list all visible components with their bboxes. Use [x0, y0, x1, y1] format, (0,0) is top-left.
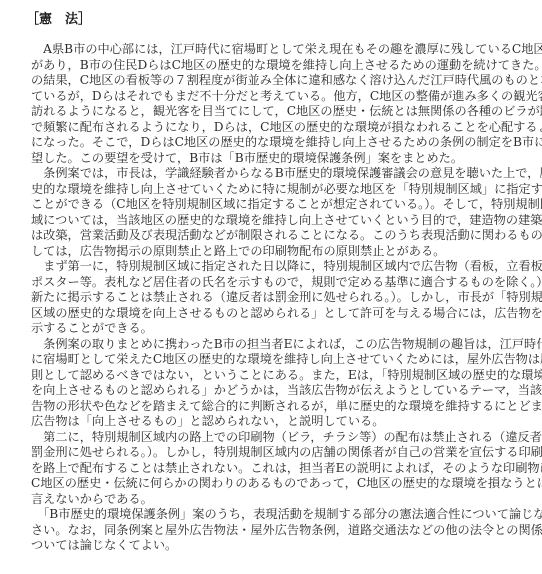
text-line: になった。そこで，DらはC地区の歴史的な環境を維持し向上させるための条例の制定を… — [31, 135, 476, 151]
text-line: しては，広告物掲示の原則禁止と路上での印刷物配布の原則禁止とがある。 — [31, 244, 476, 260]
text-line: 広告物は「向上させるもの」と認められない，と説明している。 — [31, 414, 476, 430]
text-line: C地区の歴史・伝統に何らかの関わりのあるものであって，C地区の歴史的な環境を損な… — [31, 476, 476, 492]
text-line: 区域の歴史的な環境を向上させるものと認められる」として許可を与える場合には，広告… — [31, 306, 476, 322]
text-line: 新たに掲示することは禁止される（違反者は罰金刑に処せられる。）。しかし，市長が「… — [31, 290, 476, 306]
text-line: 告物の形状や色などを踏まえて総合的に判断されるが，単に歴史的な環境を維持するにと… — [31, 399, 476, 415]
section-heading: ［憲 法］ — [26, 11, 91, 29]
text-line: 条例案では，市長は，学識経験者からなるB市歴史的環境保護審議会の意見を聴いた上で… — [31, 166, 476, 182]
text-line: に宿場町として栄えたC地区の歴史的な環境を維持し向上させていくためには，屋外広告… — [31, 352, 476, 368]
text-line: 示することができる。 — [31, 321, 476, 337]
text-line: ついては論じなくてよい。 — [31, 538, 476, 554]
text-line: があり，B市の住民DらはC地区の歴史的な環境を維持し向上させるための運動を続けて… — [31, 58, 476, 74]
text-line: を向上させるものと認められる」かどうかは，当該広告物が伝えようとしているテーマ，… — [31, 383, 476, 399]
text-line: 訪れるようになると，観光客を目当てにして，C地区の歴史・伝統とは無関係の各種のビ… — [31, 104, 476, 120]
text-line: 則として認めるべきではない，ということにある。また，Eは，「特別規制区域の歴史的… — [31, 368, 476, 384]
text-line: 望した。この要望を受けて，B市は「B市歴史的環境保護条例」案をまとめた。 — [31, 151, 476, 167]
text-line: 言えないからである。 — [31, 492, 476, 508]
text-line: は改築，営業活動及び表現活動などが制限されることになる。このうち表現活動に関わる… — [31, 228, 476, 244]
text-line: ことができる（C地区を特別規制区域に指定することが想定されている。）。そして，特… — [31, 197, 476, 213]
text-line: ポスター等。表札など居住者の氏名を示すもので，規則で定める基準に適合するものを除… — [31, 275, 476, 291]
text-line: A県B市の中心部には，江戸時代に宿場町として栄え現在もその趣を濃厚に残しているC… — [31, 42, 476, 58]
text-line: 条例案の取りまとめに携わったB市の担当者Eによれば，この広告物規制の趣旨は，江戸… — [31, 337, 476, 353]
text-line: さい。なお，同条例案と屋外広告物法・屋外広告物条例，道路交通法などの他の法令との… — [31, 523, 476, 539]
text-line: まず第一に，特別規制区域に指定された日以降に，特別規制区域内で広告物（看板，立看… — [31, 259, 476, 275]
text-line: を路上で配布することは禁止されない。これは，担当者Eの説明によれば，そのような印… — [31, 461, 476, 477]
problem-text: A県B市の中心部には，江戸時代に宿場町として栄え現在もその趣を濃厚に残しているC… — [31, 42, 476, 554]
text-line: の結果，C地区の看板等の７割程度が街並み全体に違和感なく溶け込んだ江戸時代風のも… — [31, 73, 476, 89]
text-line: 「B市歴史的環境保護条例」案のうち，表現活動を規制する部分の憲法適合性について論… — [31, 507, 476, 523]
text-line: ているが，Dらはそれでもまだ不十分だと考えている。他方，C地区の整備が進み多くの… — [31, 89, 476, 105]
text-line: 罰金刑に処せられる。）。しかし，特別規制区域内の店舗の関係者が自己の営業を宣伝す… — [31, 445, 476, 461]
text-line: 域については，当該地区の歴史的な環境を維持し向上させていくという目的で，建造物の… — [31, 213, 476, 229]
text-line: 第二に，特別規制区域内の路上での印刷物（ビラ，チラシ等）の配布は禁止される（違反… — [31, 430, 476, 446]
text-line: で頻繁に配布されるようになり，Dらは，C地区の歴史的な環境が損なわれることを心配… — [31, 120, 476, 136]
text-line: 史的な環境を維持し向上させていくために特に規制が必要な地区を「特別規制区域」に指… — [31, 182, 476, 198]
